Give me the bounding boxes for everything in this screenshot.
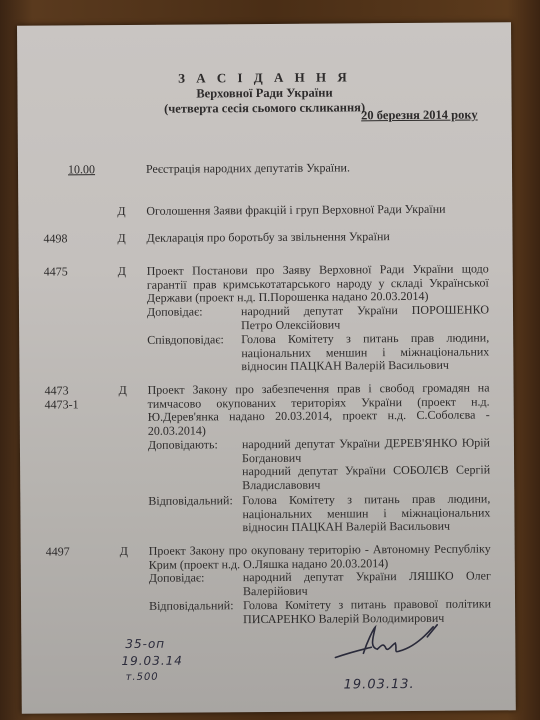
- item-mark: Д: [117, 205, 125, 219]
- role-row: Доповідає: народний депутат України ЛЯШК…: [149, 569, 491, 571]
- item-mark: Д: [120, 545, 128, 559]
- role-value: Голова Комітету з питань прав людини, на…: [242, 492, 490, 535]
- item-text: Реєстрація народних депутатів України.: [146, 160, 488, 176]
- item-number-secondary: 4473-1: [45, 398, 79, 412]
- role-row: Доповідають: народний депутат України ДЕ…: [148, 436, 490, 438]
- role-label: Відповідальний:: [149, 599, 234, 613]
- role-value: народний депутат України ЛЯШКО Олег Вале…: [243, 569, 491, 598]
- agenda-item: 10.00 Реєстрація народних депутатів Укра…: [18, 160, 512, 163]
- document-page: З А С І Д А Н Н Я Верховної Ради України…: [17, 22, 516, 713]
- role-value: народний депутат України СОБОЛЄВ Сергій …: [242, 463, 490, 492]
- item-number: 4497: [46, 545, 70, 559]
- role-label: Відповідальний:: [148, 494, 233, 508]
- item-text: Декларація про боротьбу за звільнення Ук…: [146, 229, 488, 245]
- agenda-item: 4475 Д Проект Постанови про Заяву Верхов…: [19, 262, 513, 265]
- item-text: Проект Закону про окуповану територію - …: [149, 542, 491, 572]
- item-number: 4498: [43, 232, 67, 246]
- item-number: 4475: [44, 265, 68, 279]
- signature: [333, 623, 443, 664]
- handwritten-copies: т.500: [126, 672, 159, 683]
- role-label: Доповідає:: [147, 305, 203, 319]
- agenda-item: 4473 4473-1 Д Проект Закону про забезпеч…: [20, 381, 514, 384]
- agenda-item: 4497 Д Проект Закону про окуповану терит…: [21, 542, 515, 545]
- item-time: 10.00: [68, 163, 95, 177]
- handwritten-date: 19.03.14: [121, 654, 183, 668]
- document-date: 20 березня 2014 року: [361, 108, 478, 124]
- role-row: Доповідає: народний депутат України ПОРО…: [147, 303, 489, 305]
- role-row: Співдоповідає: Голова Комітету з питань …: [147, 331, 489, 333]
- handwritten-registration: 35-оп: [125, 637, 165, 651]
- item-text: Оголошення Заяви фракцій і груп Верховно…: [146, 202, 488, 218]
- item-number: 4473: [45, 384, 69, 398]
- agenda-item: 4498 Д Декларація про боротьбу за звільн…: [18, 229, 512, 232]
- role-value: Голова Комітету з питань правової політи…: [243, 597, 491, 626]
- role-row: Відповідальний: Голова Комітету з питань…: [149, 597, 491, 599]
- signature-date: 19.03.13.: [344, 677, 415, 692]
- item-text: Проект Постанови про Заяву Верховної Рад…: [147, 262, 489, 305]
- item-mark: Д: [119, 384, 127, 398]
- role-label: Співдоповідає:: [147, 333, 224, 347]
- role-value: народний депутат України ПОРОШЕНКО Петро…: [241, 303, 489, 332]
- role-value: Голова Комітету з питань прав людини, на…: [241, 331, 489, 374]
- item-mark: Д: [117, 232, 125, 246]
- role-label: Доповідає:: [149, 571, 205, 585]
- item-mark: Д: [118, 265, 126, 279]
- role-row: народний депутат України СОБОЛЄВ Сергій …: [148, 463, 490, 465]
- item-text: Проект Закону про забезпечення прав і св…: [148, 381, 490, 438]
- agenda-item: Д Оголошення Заяви фракцій і груп Верхов…: [18, 202, 512, 205]
- role-label: Доповідають:: [148, 438, 218, 452]
- role-row: Відповідальний: Голова Комітету з питань…: [148, 492, 490, 494]
- role-value: народний депутат України ДЕРЕВ'ЯНКО Юрій…: [242, 436, 490, 465]
